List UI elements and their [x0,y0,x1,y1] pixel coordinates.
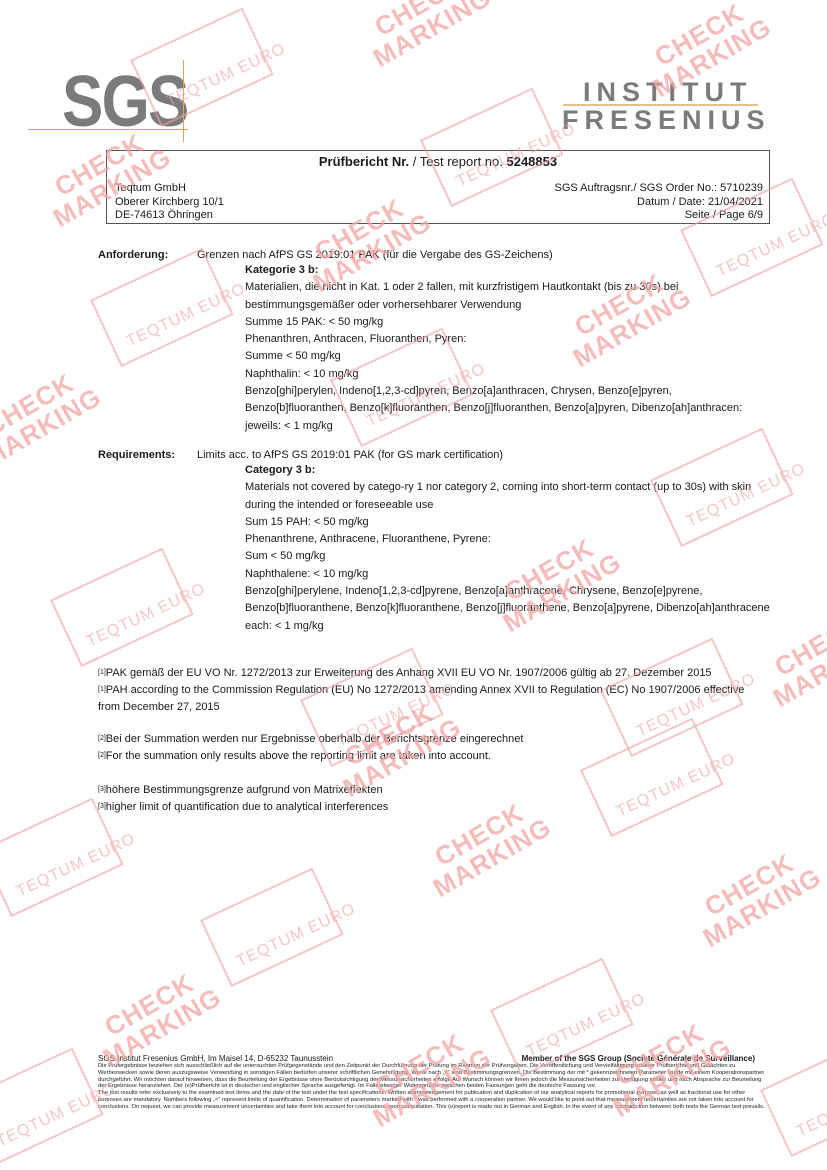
report-title: Prüfbericht Nr. / Test report no. 524885… [107,154,769,169]
limit-naphthalene-de: Naphthalin: < 10 mg/kg [245,366,765,383]
watermark-check-marking: CHECKMARKING [356,0,496,71]
client-address: Teqtum GmbH Oberer Kirchberg 10/1 DE-746… [115,182,224,223]
category-heading-de: Kategorie 3 b: [245,262,765,279]
limit-naphthalene-en: Naphthalene: < 10 mg/kg [245,566,770,583]
limit-individual-en: Benzo[ghi]perylene, Indeno[1,2,3-cd]pyre… [245,583,770,635]
limit-individual-de: Benzo[ghi]perylen, Indeno[1,2,3-cd]pyren… [245,383,765,435]
limit-group-de: Phenanthren, Anthracen, Fluoranthen, Pyr… [245,331,765,348]
category-heading-en: Category 3 b: [245,462,770,479]
category-description-de: Materialien, die nicht in Kat. 1 oder 2 … [245,279,765,314]
footnote-3-de: [3]höhere Bestimmungsgrenze aufgrund von… [98,782,768,799]
report-meta: SGS Auftragsnr./ SGS Order No.: 5710239 … [554,182,763,223]
report-title-de: Prüfbericht Nr. [319,154,409,169]
requirement-block-en: Category 3 b: Materials not covered by c… [245,462,770,635]
footer-member: Member of the SGS Group (Societé Général… [522,1054,755,1063]
fresenius-logo-line1: INSTITUT [583,78,753,106]
footnote-1-de: [1]PAK gemäß der EU VO Nr. 1272/2013 zur… [98,665,768,682]
client-city: DE-74613 Öhringen [115,209,224,223]
limit-group-en: Phenanthrene, Anthracene, Fluoranthene, … [245,531,770,548]
limit-group-sum-de: Summe < 50 mg/kg [245,348,765,365]
report-title-en: / Test report no. [409,154,506,169]
report-date: Datum / Date: 21/04/2021 [554,196,763,210]
fresenius-logo-line2: FRESENIUS [562,106,771,134]
requirement-block-de: Kategorie 3 b: Materialien, die nicht in… [245,262,765,435]
logo-rule-vertical [183,60,184,142]
footnote-3-en: [3]higher limit of quantification due to… [98,799,768,816]
footnote-2-de: [2]Bei der Summation werden nur Ergebnis… [98,731,768,748]
category-description-en: Materials not covered by catego-ry 1 nor… [245,479,770,514]
report-header-box: Prüfbericht Nr. / Test report no. 524885… [106,150,770,224]
footer-disclaimer: Die Prüfergebnisse beziehen sich ausschl… [98,1063,768,1111]
client-street: Oberer Kirchberg 10/1 [115,196,224,210]
limit-group-sum-en: Sum < 50 mg/kg [245,548,770,565]
footer-disclaimer-de: Die Prüfergebnisse beziehen sich ausschl… [98,1063,768,1090]
order-number: SGS Auftragsnr./ SGS Order No.: 5710239 [554,182,763,196]
requirement-intro-en: Limits acc. to AfPS GS 2019:01 PAK (for … [197,449,503,461]
logo-rule-horizontal [28,129,188,130]
client-name: Teqtum GmbH [115,182,224,196]
watermark-check-marking: CHECKMARKING [0,361,105,472]
footnote-2-en: [2]For the summation only results above … [98,748,768,765]
limit-sum15-en: Sum 15 PAH: < 50 mg/kg [245,514,770,531]
limit-sum15-de: Summe 15 PAK: < 50 mg/kg [245,314,765,331]
watermark-check-marking: CHECKMARKING [686,841,826,952]
requirement-label-de: Anforderung: [98,249,168,261]
footer-address: SGS Institut Fresenius GmbH, Im Maisel 1… [98,1054,333,1063]
report-number: 5248853 [506,154,557,169]
requirement-label-en: Requirements: [98,449,175,461]
footnote-1-en: [1]PAH according to the Commission Regul… [98,682,768,716]
requirement-intro-de: Grenzen nach AfPS GS 2019:01 PAK (für di… [197,249,553,261]
sgs-logo: SGS [62,66,188,138]
page-number: Seite / Page 6/9 [554,209,763,223]
footer-disclaimer-en: The test results refer exclusively to th… [98,1090,768,1110]
